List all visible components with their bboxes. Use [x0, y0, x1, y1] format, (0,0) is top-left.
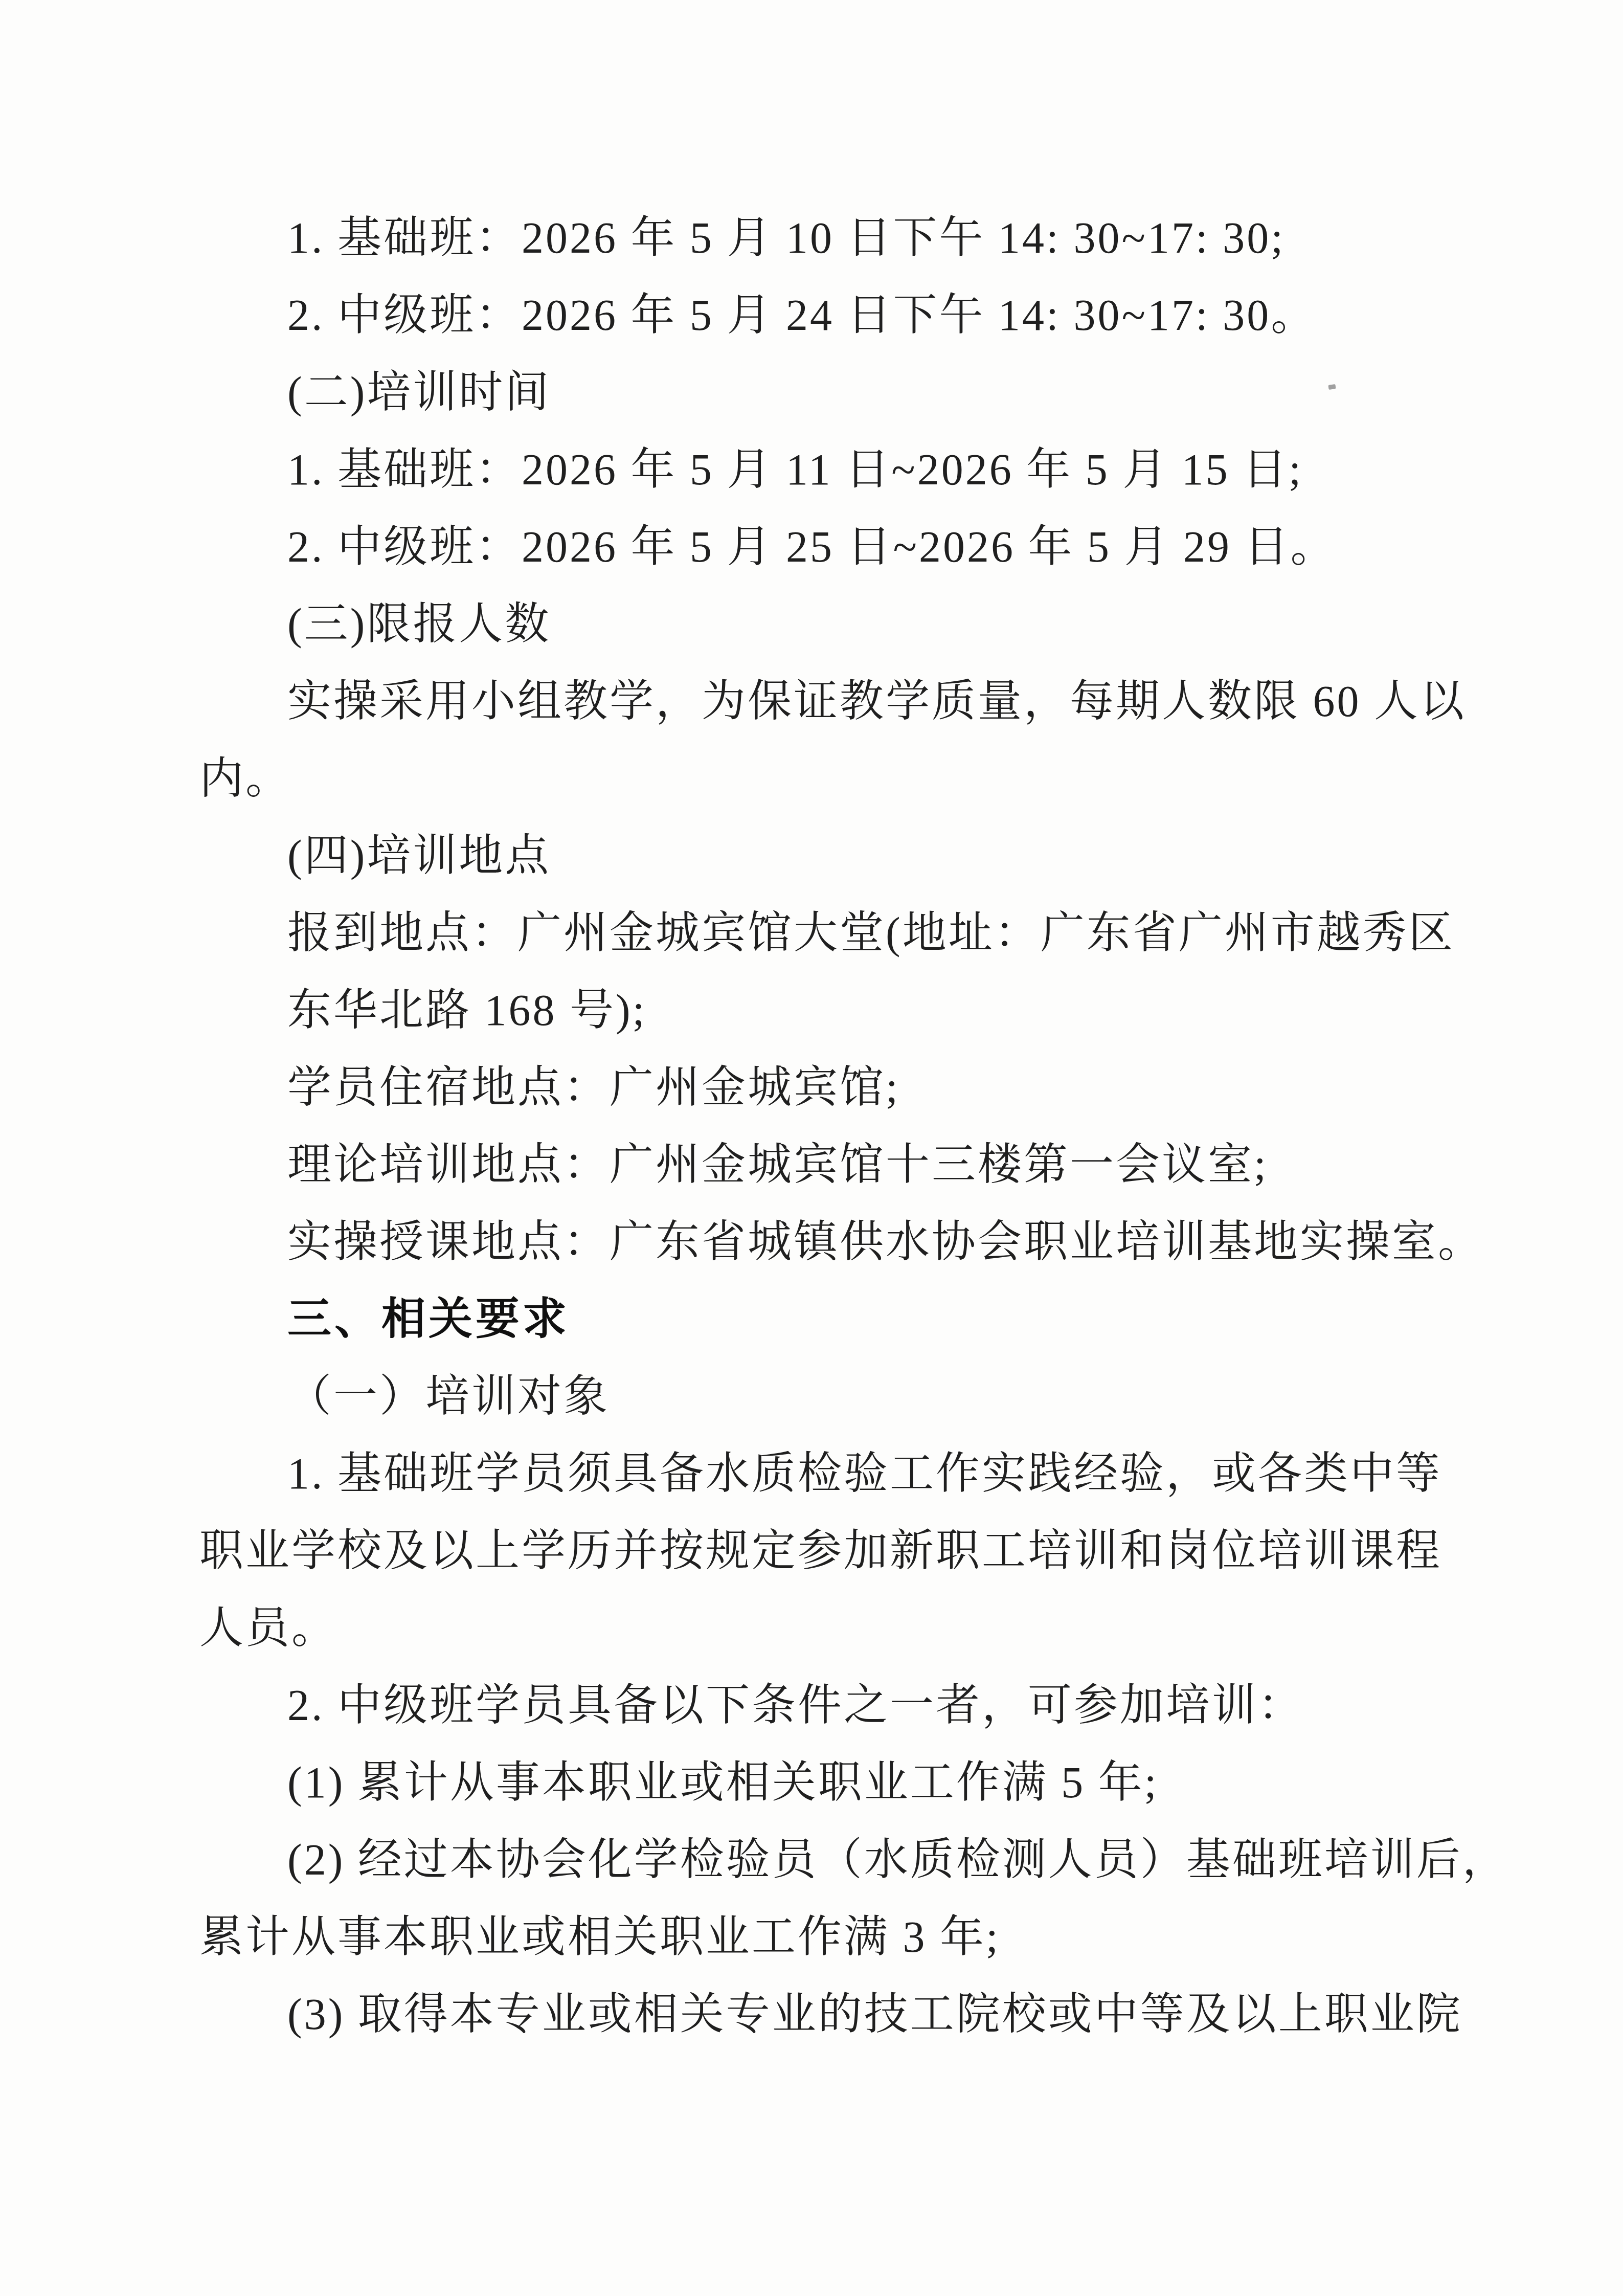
text-line-21: (1) 累计从事本职业或相关职业工作满 5 年;: [199, 1744, 1488, 1821]
text-line-19: 人员。: [199, 1590, 1488, 1667]
text-line-12: 学员住宿地点：广州金城宾馆;: [199, 1049, 1488, 1126]
text-line-11: 东华北路 168 号);: [199, 972, 1488, 1049]
text-line-7: 实操采用小组教学，为保证教学质量，每期人数限 60 人以: [199, 663, 1488, 740]
text-line-23: 累计从事本职业或相关职业工作满 3 年;: [199, 1899, 1488, 1976]
text-line-10: 报到地点：广州金城宾馆大堂(地址：广东省广州市越秀区: [199, 895, 1488, 972]
text-line-13: 理论培训地点：广州金城宾馆十三楼第一会议室;: [199, 1126, 1488, 1203]
text-line-17: 1. 基础班学员须具备水质检验工作实践经验，或各类中等: [199, 1435, 1488, 1512]
text-line-6: (三)限报人数: [199, 586, 1488, 663]
scan-speck-artifact: [1328, 384, 1336, 390]
section-heading: 三、相关要求: [199, 1281, 1488, 1358]
text-line-14: 实操授课地点：广东省城镇供水协会职业培训基地实操室。: [199, 1203, 1488, 1281]
text-line-5: 2. 中级班：2026 年 5 月 25 日~2026 年 5 月 29 日。: [199, 508, 1488, 586]
text-line-24: (3) 取得本专业或相关专业的技工院校或中等及以上职业院: [199, 1976, 1488, 2053]
text-line-20: 2. 中级班学员具备以下条件之一者，可参加培训：: [199, 1667, 1488, 1744]
text-line-9: (四)培训地点: [199, 817, 1488, 895]
text-line-16: （一）培训对象: [199, 1358, 1488, 1435]
text-line-4: 1. 基础班：2026 年 5 月 11 日~2026 年 5 月 15 日;: [199, 431, 1488, 508]
text-line-3: (二)培训时间: [199, 354, 1488, 431]
text-line-22: (2) 经过本协会化学检验员（水质检测人员）基础班培训后，: [199, 1821, 1488, 1899]
text-line-18: 职业学校及以上学历并按规定参加新职工培训和岗位培训课程: [199, 1512, 1488, 1590]
document-page: 1. 基础班：2026 年 5 月 10 日下午 14: 30~17: 30;2…: [0, 0, 1623, 2296]
document-text-block: 1. 基础班：2026 年 5 月 10 日下午 14: 30~17: 30;2…: [199, 199, 1488, 2053]
text-line-8: 内。: [199, 740, 1488, 817]
text-line-2: 2. 中级班：2026 年 5 月 24 日下午 14: 30~17: 30。: [199, 277, 1488, 354]
text-line-1: 1. 基础班：2026 年 5 月 10 日下午 14: 30~17: 30;: [199, 199, 1488, 277]
